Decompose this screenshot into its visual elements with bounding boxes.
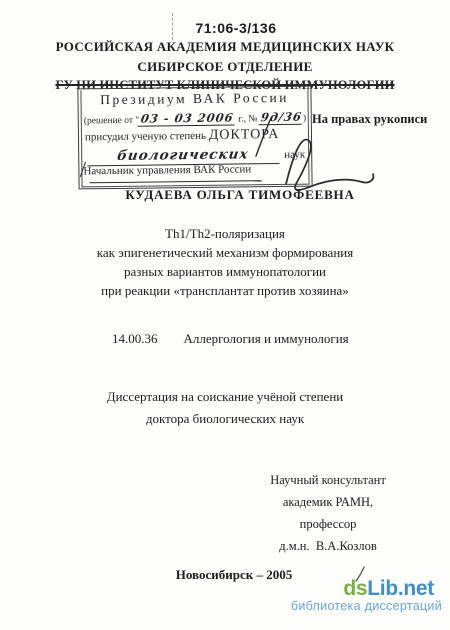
academy-name: РОССИЙСКАЯ АКАДЕМИЯ МЕДИЦИНСКИХ НАУК (0, 39, 450, 55)
scientific-consultant-block: Научный консультант академик РАМН, профе… (258, 469, 398, 557)
stamp-handwritten-number: 9д/36 (259, 110, 305, 126)
stamp-decision-open: (решение от " (84, 116, 140, 127)
specialty-name: Аллергология и иммунология (184, 331, 349, 347)
stamp-handwritten-date: 03 - 03 2006 (138, 110, 237, 126)
consultant-name: д.м.н. В.А.Козлов (258, 535, 398, 557)
stamp-awarded-line: присудил ученую степень ДОКТОРА (85, 127, 280, 145)
stamp-awarded-text: присудил ученую степень (85, 130, 206, 143)
manuscript-rights-note: На правах рукописи (312, 112, 427, 127)
stamp-decision-line: (решение от "03 - 03 2006 г., № 9д/36) (84, 110, 309, 128)
title-line-4: при реакции «трансплантат против хозяина… (0, 281, 450, 300)
dslib-watermark: dsLib.net библиотека диссертаций (291, 579, 442, 614)
dslib-logo: dsLib.net (291, 579, 434, 599)
stamp-title: Президиум ВАК России (78, 90, 310, 109)
dslib-logo-ds: ds (343, 577, 367, 600)
stamp-field-suffix: наук (284, 149, 305, 161)
dissertation-title: Th1/Th2-поляризация как эпигенетический … (0, 224, 450, 300)
thesis-statement: Диссертация на соискание учёной степени … (0, 386, 450, 430)
dslib-subtitle: библиотека диссертаций (291, 599, 442, 614)
thesis-line-1: Диссертация на соискание учёной степени (0, 386, 450, 408)
consultant-rank: академик РАМН, профессор (258, 491, 398, 535)
title-line-1: Th1/Th2-поляризация (0, 224, 450, 243)
title-line-3: разных вариантов иммунопатологии (0, 262, 450, 281)
consultant-role: Научный консультант (258, 469, 398, 491)
stamp-degree: ДОКТОРА (209, 127, 280, 143)
author-name: КУДАЕВА ОЛЬГА ТИМОФЕЕВНА (0, 187, 450, 203)
catalog-code: 71:06-3/136 (0, 20, 450, 36)
stamp-handwritten-field: биологических (116, 146, 250, 164)
stamp-signature-rule (90, 180, 262, 183)
branch-name: СИБИРСКОЕ ОТДЕЛЕНИЕ (0, 59, 450, 75)
vak-approval-stamp: Президиум ВАК России (решение от "03 - 0… (77, 86, 312, 190)
specialty-code: 14.00.36 (112, 331, 158, 347)
stamp-decision-close: ) (303, 114, 306, 124)
title-line-2: как эпигенетический механизм формировани… (0, 243, 450, 262)
stamp-official-title: Начальник управления ВАК России (83, 163, 251, 177)
dslib-logo-libnet: Lib.net (367, 577, 434, 600)
specialty-line: 14.00.36 Аллергология и иммунология (112, 331, 349, 347)
thesis-line-2: доктора биологических наук (0, 408, 450, 430)
dissertation-title-page: 71:06-3/136 РОССИЙСКАЯ АКАДЕМИЯ МЕДИЦИНС… (0, 0, 450, 630)
stamp-decision-mid: г., № (238, 114, 257, 124)
